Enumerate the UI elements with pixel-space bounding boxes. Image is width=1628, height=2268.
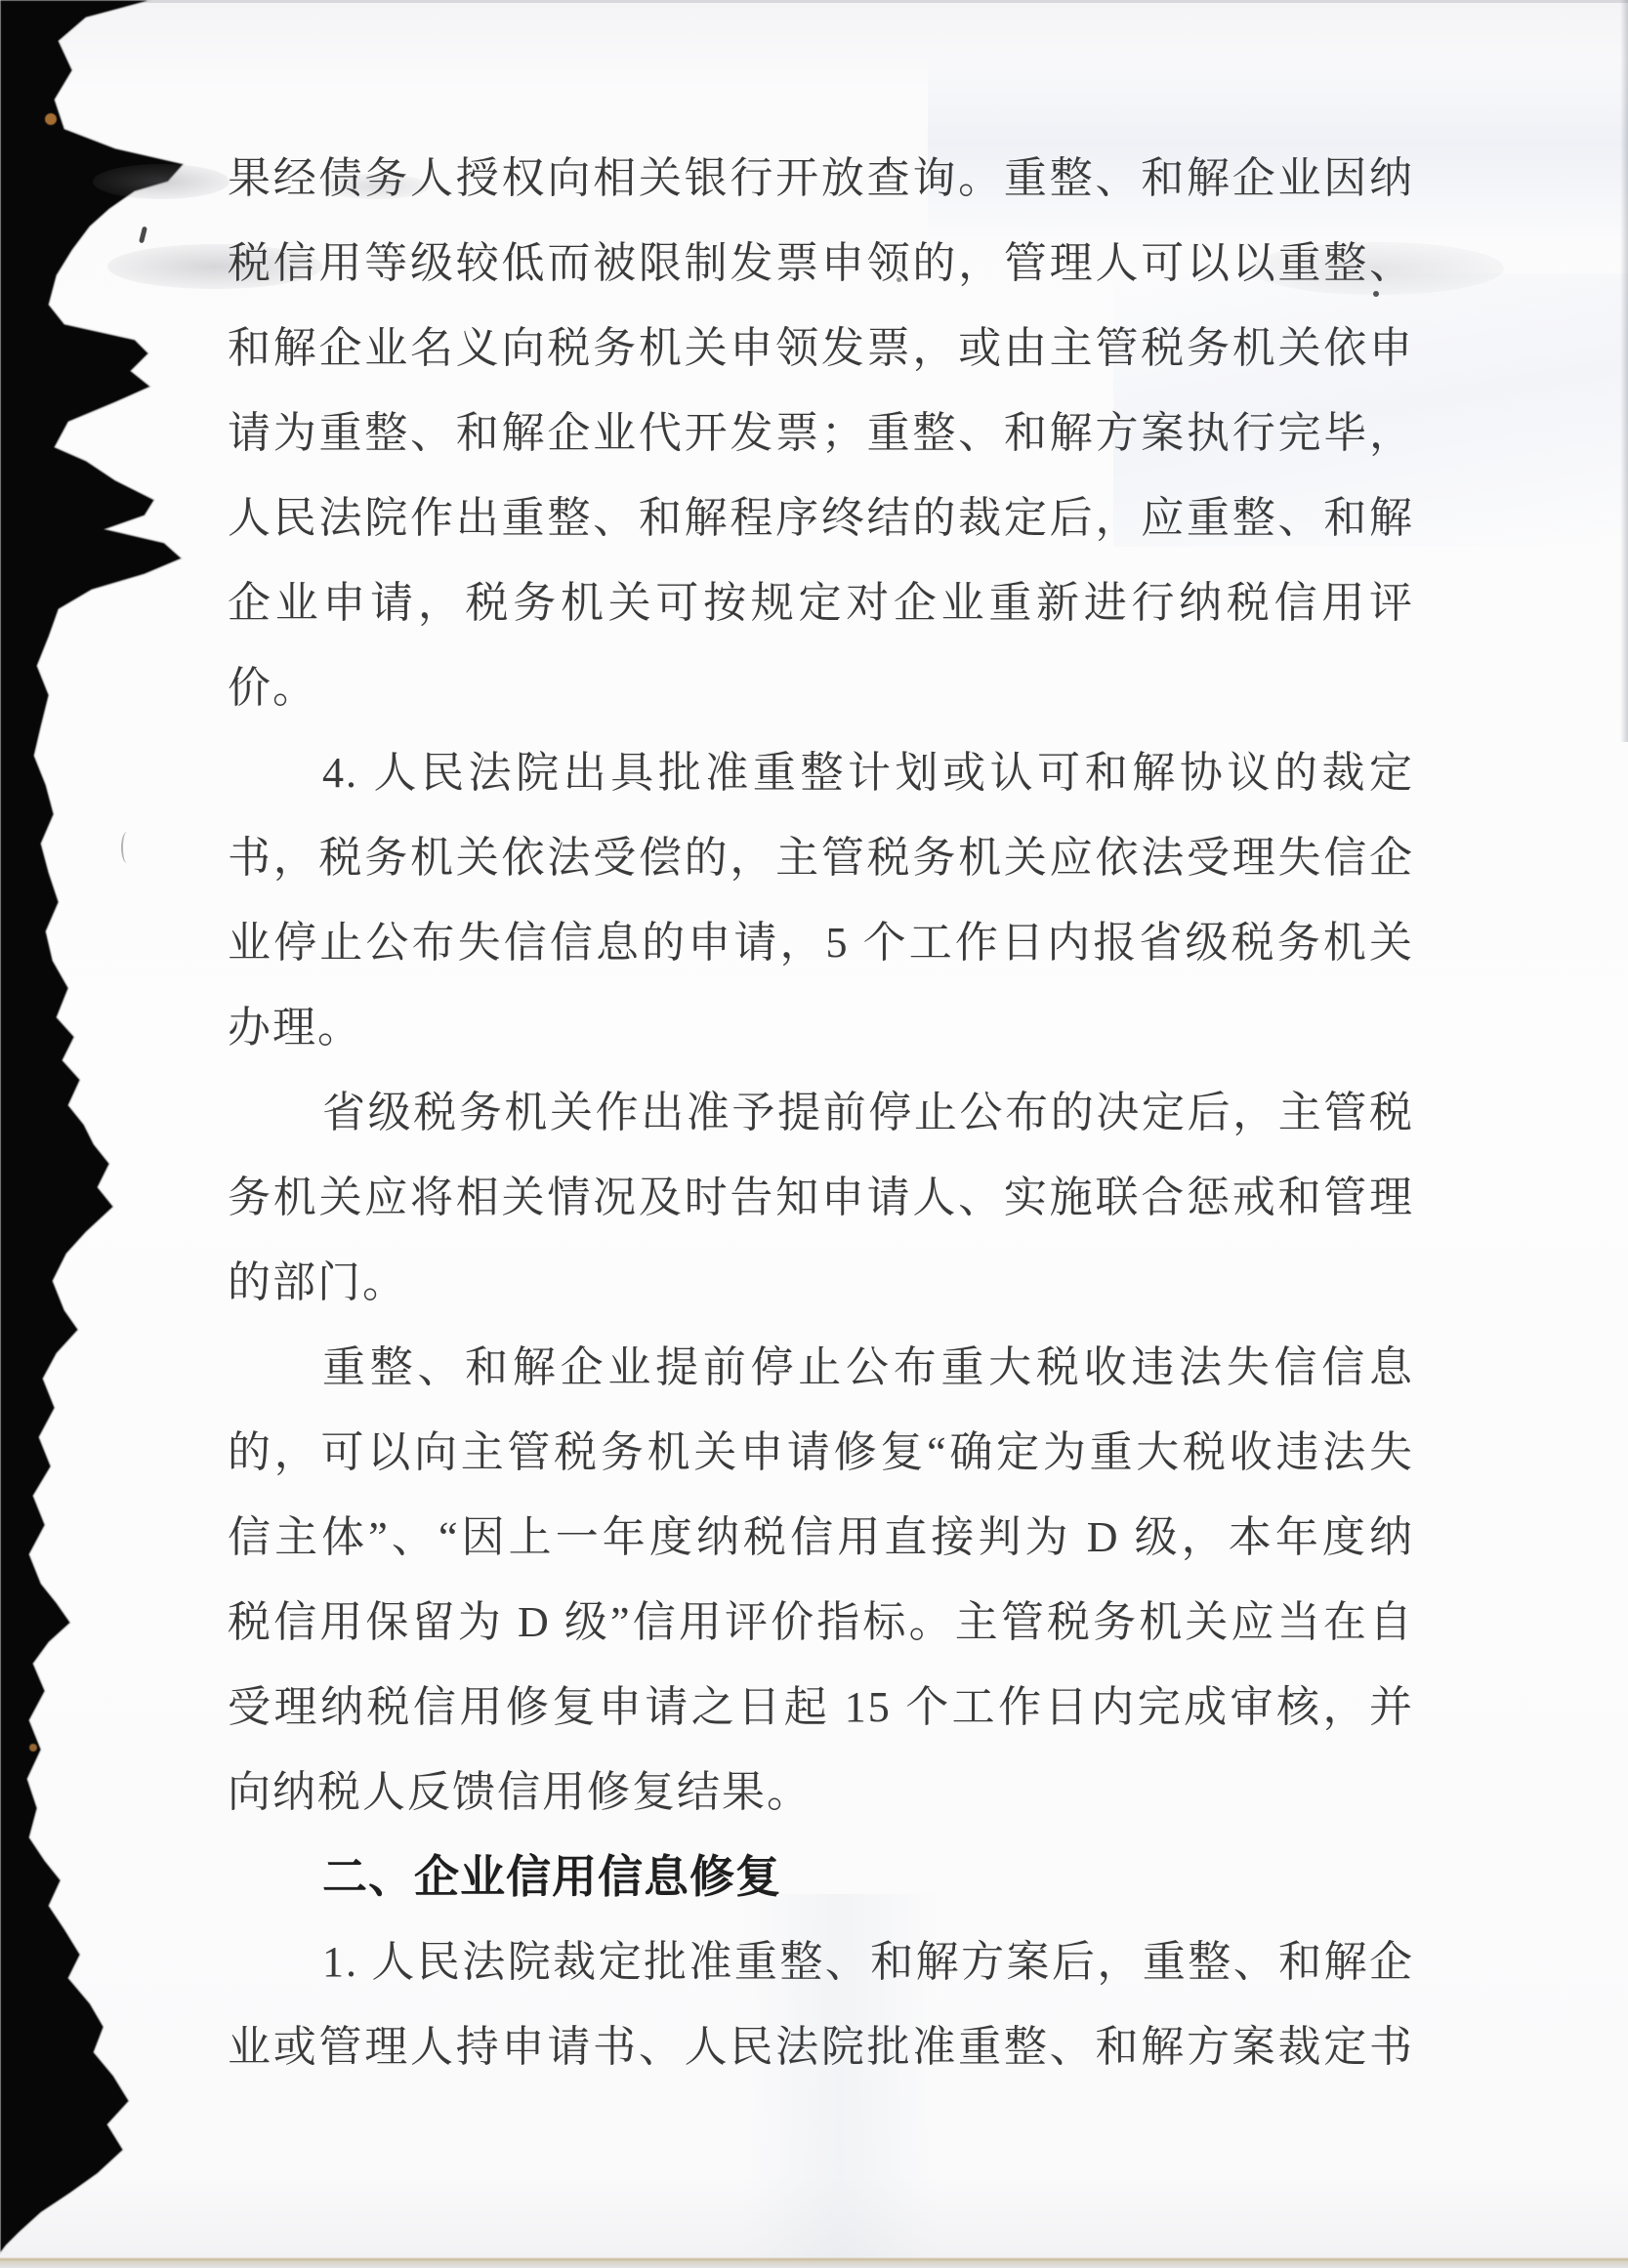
text-line: 业或管理人持申请书、人民法院批准重整、和解方案裁定书 <box>228 2004 1414 2089</box>
text-line: 税信用等级较低而被限制发票申领的，管理人可以以重整、 <box>228 221 1414 306</box>
text-line: 人民法院作出重整、和解程序终结的裁定后，应重整、和解 <box>228 475 1414 560</box>
text-line: 办理。 <box>228 985 1414 1070</box>
torn-paper-edge <box>0 0 195 2268</box>
text-line: 省级税务机关作出准予提前停止公布的决定后，主管税 <box>228 1070 1414 1155</box>
text-line: 税信用保留为 D 级”信用评价指标。主管税务机关应当在自 <box>228 1580 1414 1665</box>
text-line: 价。 <box>228 645 1414 730</box>
text-line: 重整、和解企业提前停止公布重大税收违法失信信息 <box>228 1325 1414 1410</box>
text-line: 和解企业名义向税务机关申领发票，或由主管税务机关依申 <box>228 306 1414 391</box>
scan-bottom-edge <box>0 2256 1628 2268</box>
text-line: 请为重整、和解企业代开发票；重整、和解方案执行完毕， <box>228 391 1414 475</box>
text-line: 4. 人民法院出具批准重整计划或认可和解协议的裁定 <box>228 730 1414 815</box>
scan-top-edge <box>0 0 1628 3</box>
text-line: 的，可以向主管税务机关申请修复“确定为重大税收违法失 <box>228 1410 1414 1495</box>
text-line: 业停止公布失信信息的申请，5 个工作日内报省级税务机关 <box>228 900 1414 985</box>
text-line: 企业申请，税务机关可按规定对企业重新进行纳税信用评 <box>228 560 1414 645</box>
text-line: 务机关应将相关情况及时告知申请人、实施联合惩戒和管理 <box>228 1155 1414 1240</box>
scanned-document-page: 果经债务人授权向相关银行开放查询。重整、和解企业因纳 税信用等级较低而被限制发票… <box>0 0 1628 2268</box>
section-heading: 二、企业信用信息修复 <box>228 1835 1414 1919</box>
scan-right-edge-shadow <box>1620 0 1628 742</box>
text-line: 1. 人民法院裁定批准重整、和解方案后，重整、和解企 <box>228 1919 1414 2004</box>
text-line: 书，税务机关依法受偿的，主管税务机关应依法受理失信企 <box>228 815 1414 900</box>
text-line: 果经债务人授权向相关银行开放查询。重整、和解企业因纳 <box>228 136 1414 221</box>
text-line: 的部门。 <box>228 1240 1414 1325</box>
text-line: 受理纳税信用修复申请之日起 15 个工作日内完成审核，并 <box>228 1665 1414 1750</box>
document-text-block: 果经债务人授权向相关银行开放查询。重整、和解企业因纳 税信用等级较低而被限制发票… <box>228 136 1414 2089</box>
text-line: 信主体”、“因上一年度纳税信用直接判为 D 级，本年度纳 <box>228 1495 1414 1580</box>
text-line: 向纳税人反馈信用修复结果。 <box>228 1750 1414 1835</box>
